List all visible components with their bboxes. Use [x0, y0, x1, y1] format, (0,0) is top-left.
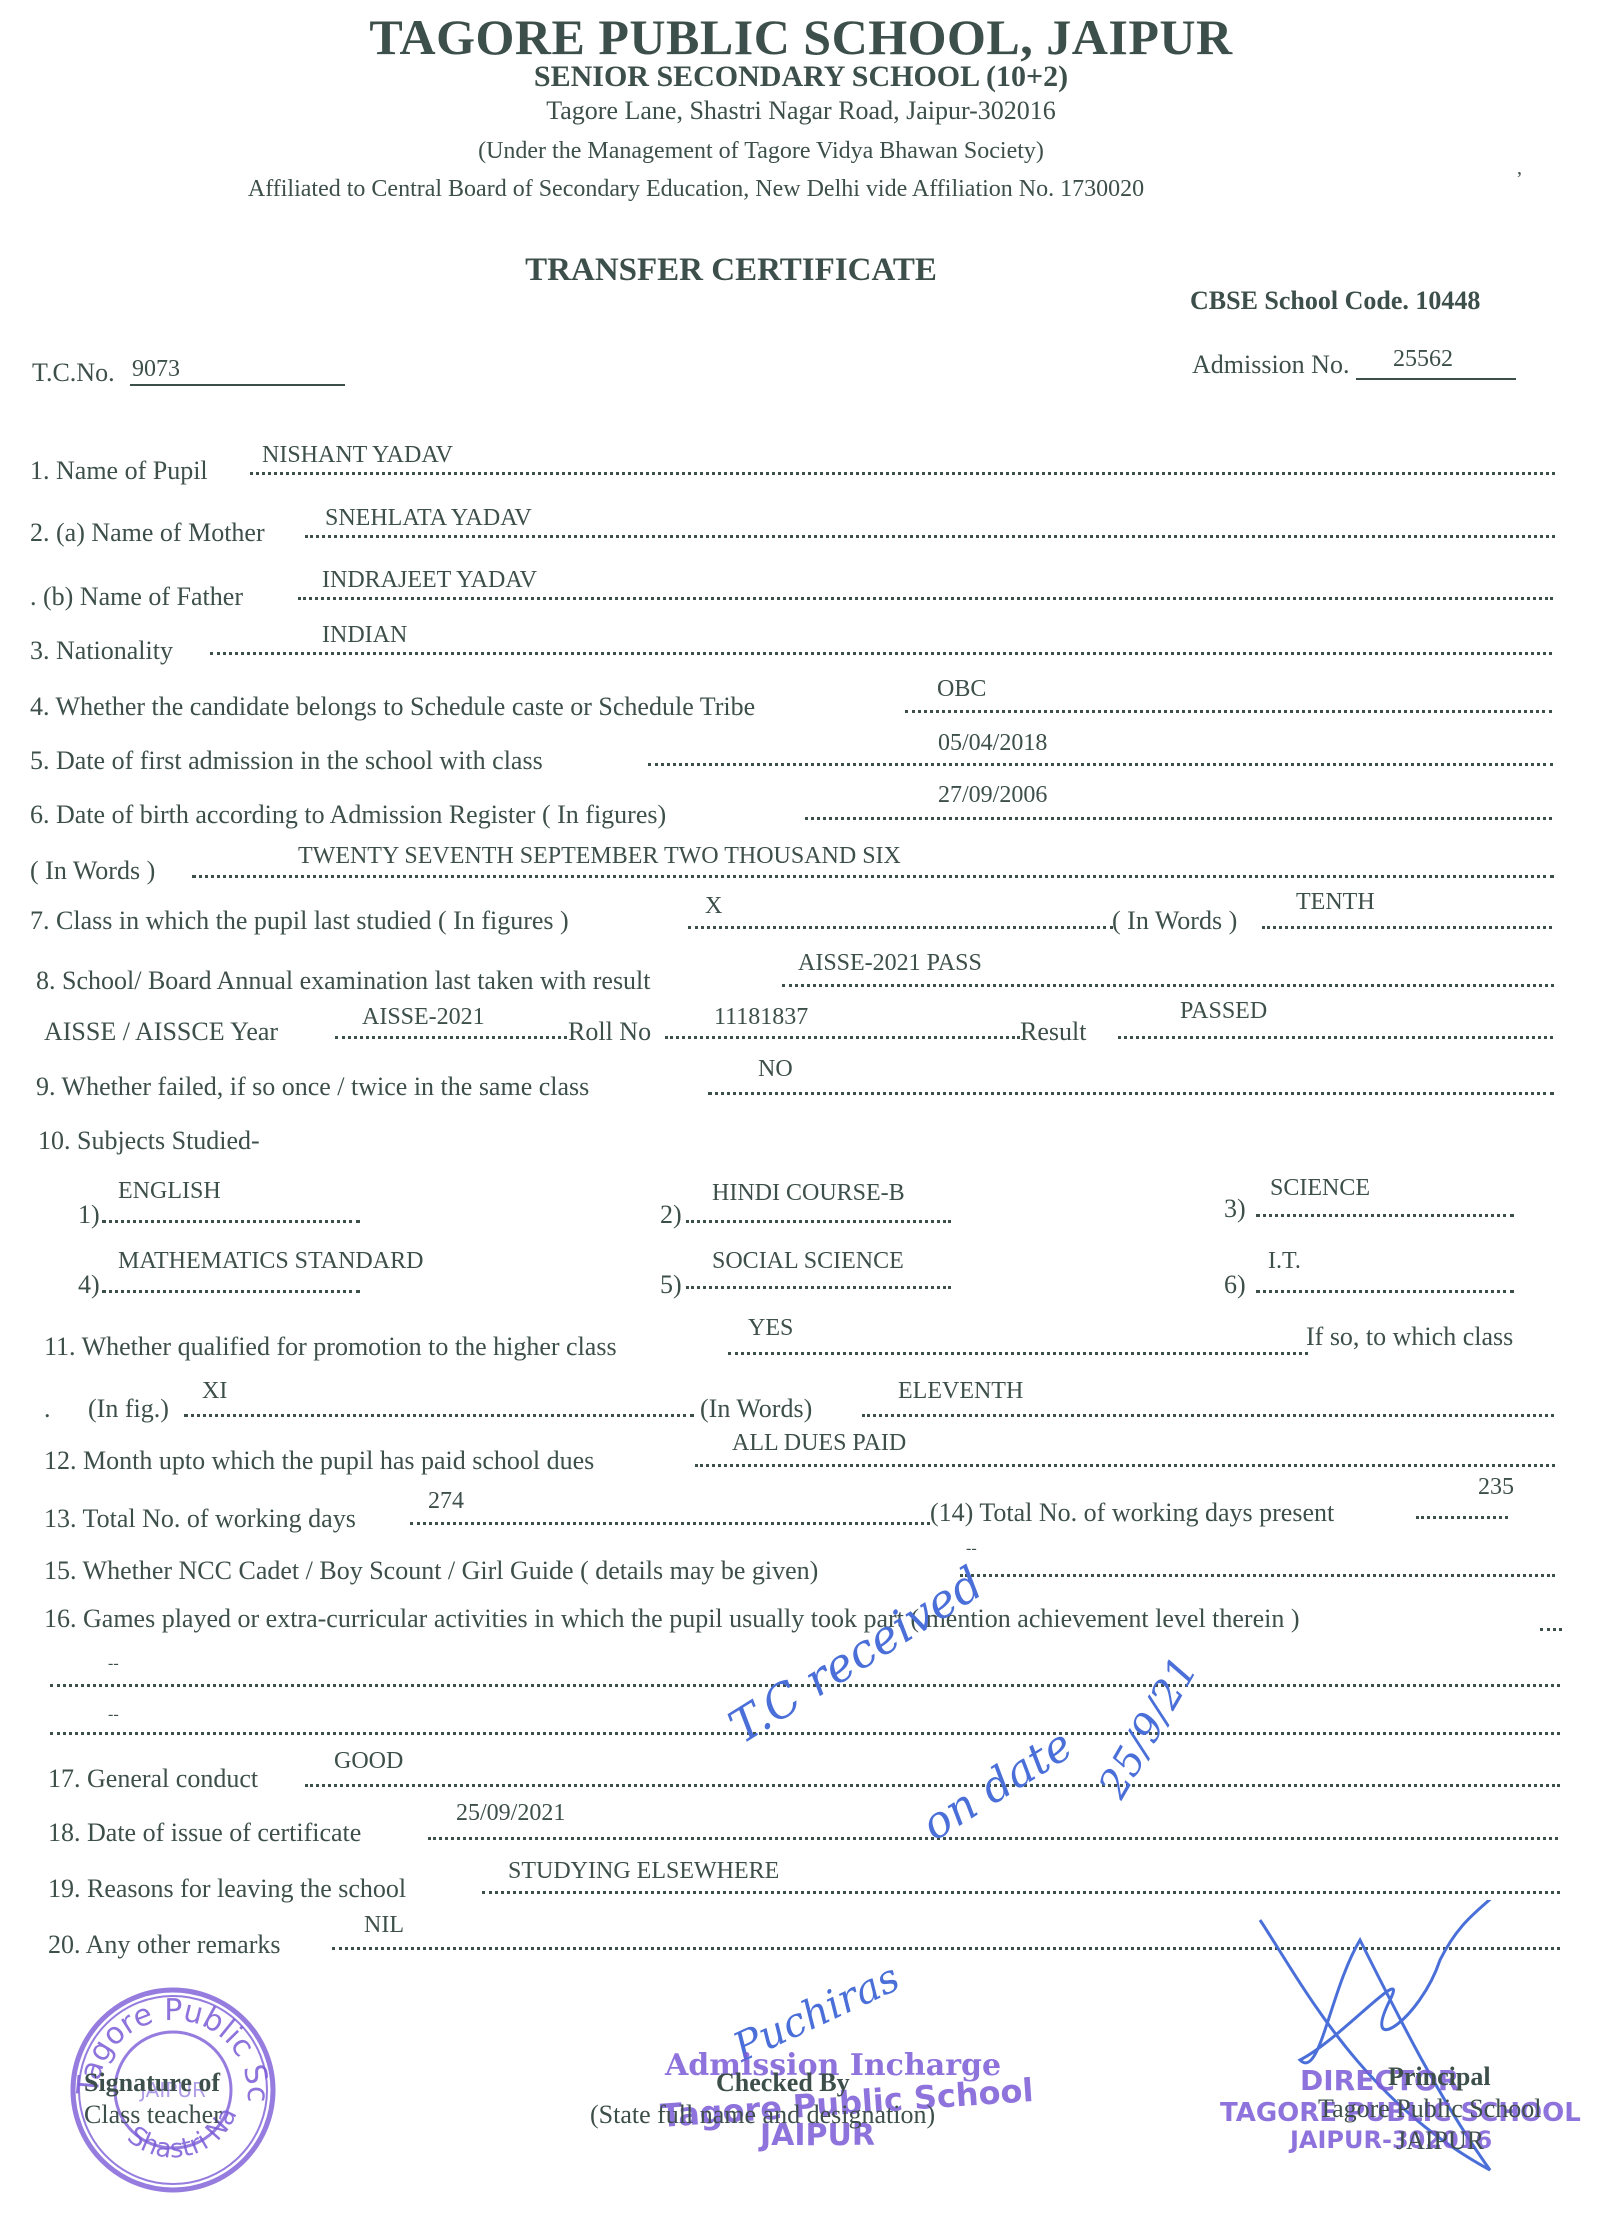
class-teacher-signature-line1: Signature of: [84, 2068, 220, 2098]
father-name: INDRAJEET YADAV: [322, 567, 537, 594]
principal-city: JAIPUR: [1396, 2126, 1484, 2156]
promoted-fig-line: [184, 1414, 694, 1417]
conduct-value: GOOD: [334, 1748, 403, 1775]
subject-1-line: [102, 1220, 360, 1223]
field-3-label: 3. Nationality: [30, 636, 173, 666]
field-18-line: [428, 1837, 1558, 1840]
tc-no-underline: [130, 384, 345, 386]
field-2b-line: [298, 597, 1553, 600]
field-7-label: 7. Class in which the pupil last studied…: [30, 906, 569, 936]
subject-2-num: 2): [660, 1200, 682, 1230]
field-17-line: [305, 1784, 1560, 1787]
roll-no-value: 11181837: [714, 1004, 808, 1031]
dob-figures-value: 27/09/2006: [938, 782, 1047, 809]
result-value: PASSED: [1180, 998, 1267, 1025]
dob-words-line: [192, 875, 1554, 878]
field-13-line: [410, 1522, 930, 1525]
field-2a-label: 2. (a) Name of Mother: [30, 518, 265, 548]
subject-3-line: [1256, 1214, 1514, 1217]
principal-title: Principal: [1388, 2062, 1491, 2092]
result-label: Result: [1020, 1017, 1086, 1047]
class-words-line: [1262, 926, 1552, 929]
handwritten-date: 25/9/21: [1090, 1649, 1207, 1806]
dob-words-value: TWENTY SEVENTH SEPTEMBER TWO THOUSAND SI…: [298, 843, 901, 870]
working-days-value: 274: [428, 1488, 464, 1515]
dob-words-label: ( In Words ): [30, 856, 155, 886]
subject-2-line: [686, 1220, 951, 1223]
subject-4-name: MATHEMATICS STANDARD: [118, 1248, 423, 1275]
class-figures-value: X: [705, 893, 722, 920]
subject-5-name: SOCIAL SCIENCE: [712, 1248, 904, 1275]
exam-result-value: AISSE-2021 PASS: [798, 950, 982, 977]
field-19-label: 19. Reasons for leaving the school: [48, 1874, 406, 1904]
promoted-class-dot: .: [44, 1394, 51, 1424]
promoted-words-line: [862, 1414, 1554, 1417]
promotion-value: YES: [748, 1315, 793, 1342]
promoted-words-value: ELEVENTH: [898, 1378, 1023, 1405]
school-type: SENIOR SECONDARY SCHOOL (10+2): [0, 60, 1602, 94]
issue-date-value: 25/09/2021: [456, 1800, 565, 1827]
field-5-label: 5. Date of first admission in the school…: [30, 746, 543, 776]
subject-5-line: [686, 1286, 951, 1289]
promotion-class-suffix: If so, to which class: [1306, 1322, 1513, 1352]
subject-1-name: ENGLISH: [118, 1178, 221, 1205]
field-2a-line: [305, 535, 1555, 538]
field-12-line: [695, 1464, 1555, 1467]
subject-6-line: [1256, 1290, 1514, 1293]
aisse-year-value: AISSE-2021: [362, 1004, 485, 1031]
subject-4-line: [102, 1290, 360, 1293]
school-address: Tagore Lane, Shastri Nagar Road, Jaipur-…: [0, 96, 1602, 126]
field-3-line: [210, 652, 1552, 655]
tc-no-label: T.C.No.: [32, 358, 115, 388]
field-8-label: 8. School/ Board Annual examination last…: [36, 966, 651, 996]
dues-value: ALL DUES PAID: [732, 1430, 906, 1457]
field-16-trail: [1540, 1628, 1562, 1631]
leaving-reason-value: STUDYING ELSEWHERE: [508, 1858, 779, 1885]
field-16-label: 16. Games played or extra-curricular act…: [44, 1604, 1300, 1634]
school-management: (Under the Management of Tagore Vidya Bh…: [0, 138, 1562, 165]
document-title: TRANSFER CERTIFICATE: [0, 252, 1532, 289]
mother-name: SNEHLATA YADAV: [325, 505, 532, 532]
admission-no-value: 25562: [1393, 346, 1453, 373]
subject-3-num: 3): [1224, 1194, 1246, 1224]
pupil-name: NISHANT YADAV: [262, 442, 453, 469]
checked-by-instructions: (State full name and designation): [590, 2100, 935, 2130]
school-name: TAGORE PUBLIC SCHOOL, JAIPUR: [0, 8, 1602, 66]
field-13-label: 13. Total No. of working days: [44, 1504, 356, 1534]
field-5-line: [648, 763, 1553, 766]
field-1-line: [250, 472, 1555, 475]
field-20-label: 20. Any other remarks: [48, 1930, 281, 1960]
admission-no-underline: [1356, 378, 1516, 380]
activities-line-1: --: [108, 1655, 119, 1673]
admission-date-value: 05/04/2018: [938, 730, 1047, 757]
field-4-line: [905, 710, 1552, 713]
field-8-line: [782, 984, 1554, 987]
field-9-label: 9. Whether failed, if so once / twice in…: [36, 1072, 589, 1102]
days-present-value: 235: [1478, 1474, 1514, 1501]
activities-line-2: --: [108, 1706, 119, 1724]
field-11-label: 11. Whether qualified for promotion to t…: [44, 1332, 617, 1362]
aisse-year-line: [335, 1036, 567, 1039]
aisse-year-label: AISSE / AISSCE Year: [44, 1017, 278, 1047]
subject-6-name: I.T.: [1268, 1248, 1301, 1275]
field-14-line: [1416, 1516, 1508, 1519]
roll-no-line: [665, 1036, 1020, 1039]
field-18-label: 18. Date of issue of certificate: [48, 1818, 361, 1848]
checked-by-label: Checked By: [716, 2068, 850, 2098]
ncc-value: --: [966, 1540, 977, 1558]
field-1-label: 1. Name of Pupil: [30, 456, 208, 486]
subject-6-num: 6): [1224, 1270, 1246, 1300]
activities-line-2-dots: [50, 1732, 1560, 1735]
field-7-line: [688, 926, 1113, 929]
stray-mark: ’: [1516, 168, 1523, 191]
remarks-value: NIL: [364, 1912, 404, 1939]
result-line: [1118, 1036, 1553, 1039]
field-14-label: (14) Total No. of working days present: [930, 1498, 1334, 1528]
subject-1-num: 1): [78, 1200, 100, 1230]
promoted-fig-label: (In fig.): [88, 1394, 169, 1424]
field-2b-label: . (b) Name of Father: [30, 582, 243, 612]
roll-no-label: Roll No: [568, 1017, 651, 1047]
field-17-label: 17. General conduct: [48, 1764, 258, 1794]
nationality-value: INDIAN: [322, 622, 407, 649]
promoted-words-label: (In Words): [700, 1394, 812, 1424]
subject-2-name: HINDI COURSE-B: [712, 1180, 905, 1207]
subject-4-num: 4): [78, 1270, 100, 1300]
class-words-label: ( In Words ): [1112, 906, 1237, 936]
class-teacher-signature-line2: Class teacher: [84, 2100, 222, 2130]
field-10-label: 10. Subjects Studied-: [38, 1126, 260, 1156]
subject-3-name: SCIENCE: [1270, 1175, 1370, 1202]
field-15-line: [960, 1574, 1555, 1577]
field-12-label: 12. Month upto which the pupil has paid …: [44, 1446, 594, 1476]
field-6-line: [805, 817, 1552, 820]
field-9-line: [708, 1092, 1554, 1095]
school-affiliation: Affiliated to Central Board of Secondary…: [0, 176, 1497, 203]
admission-no-label: Admission No.: [1192, 350, 1349, 380]
promoted-fig-value: XI: [202, 1378, 227, 1405]
tc-no-value: 9073: [132, 356, 180, 383]
cbse-school-code: CBSE School Code. 10448: [1190, 286, 1480, 316]
field-11-line: [728, 1352, 1308, 1355]
subject-5-num: 5): [660, 1270, 682, 1300]
caste-category-value: OBC: [937, 676, 986, 703]
field-6-label: 6. Date of birth according to Admission …: [30, 800, 666, 830]
class-words-value: TENTH: [1296, 889, 1375, 916]
field-19-line: [482, 1891, 1560, 1894]
principal-school: Tagore Public School: [1318, 2094, 1541, 2124]
failed-value: NO: [758, 1056, 793, 1083]
field-4-label: 4. Whether the candidate belongs to Sche…: [30, 692, 755, 722]
field-15-label: 15. Whether NCC Cadet / Boy Scount / Gir…: [44, 1556, 818, 1586]
